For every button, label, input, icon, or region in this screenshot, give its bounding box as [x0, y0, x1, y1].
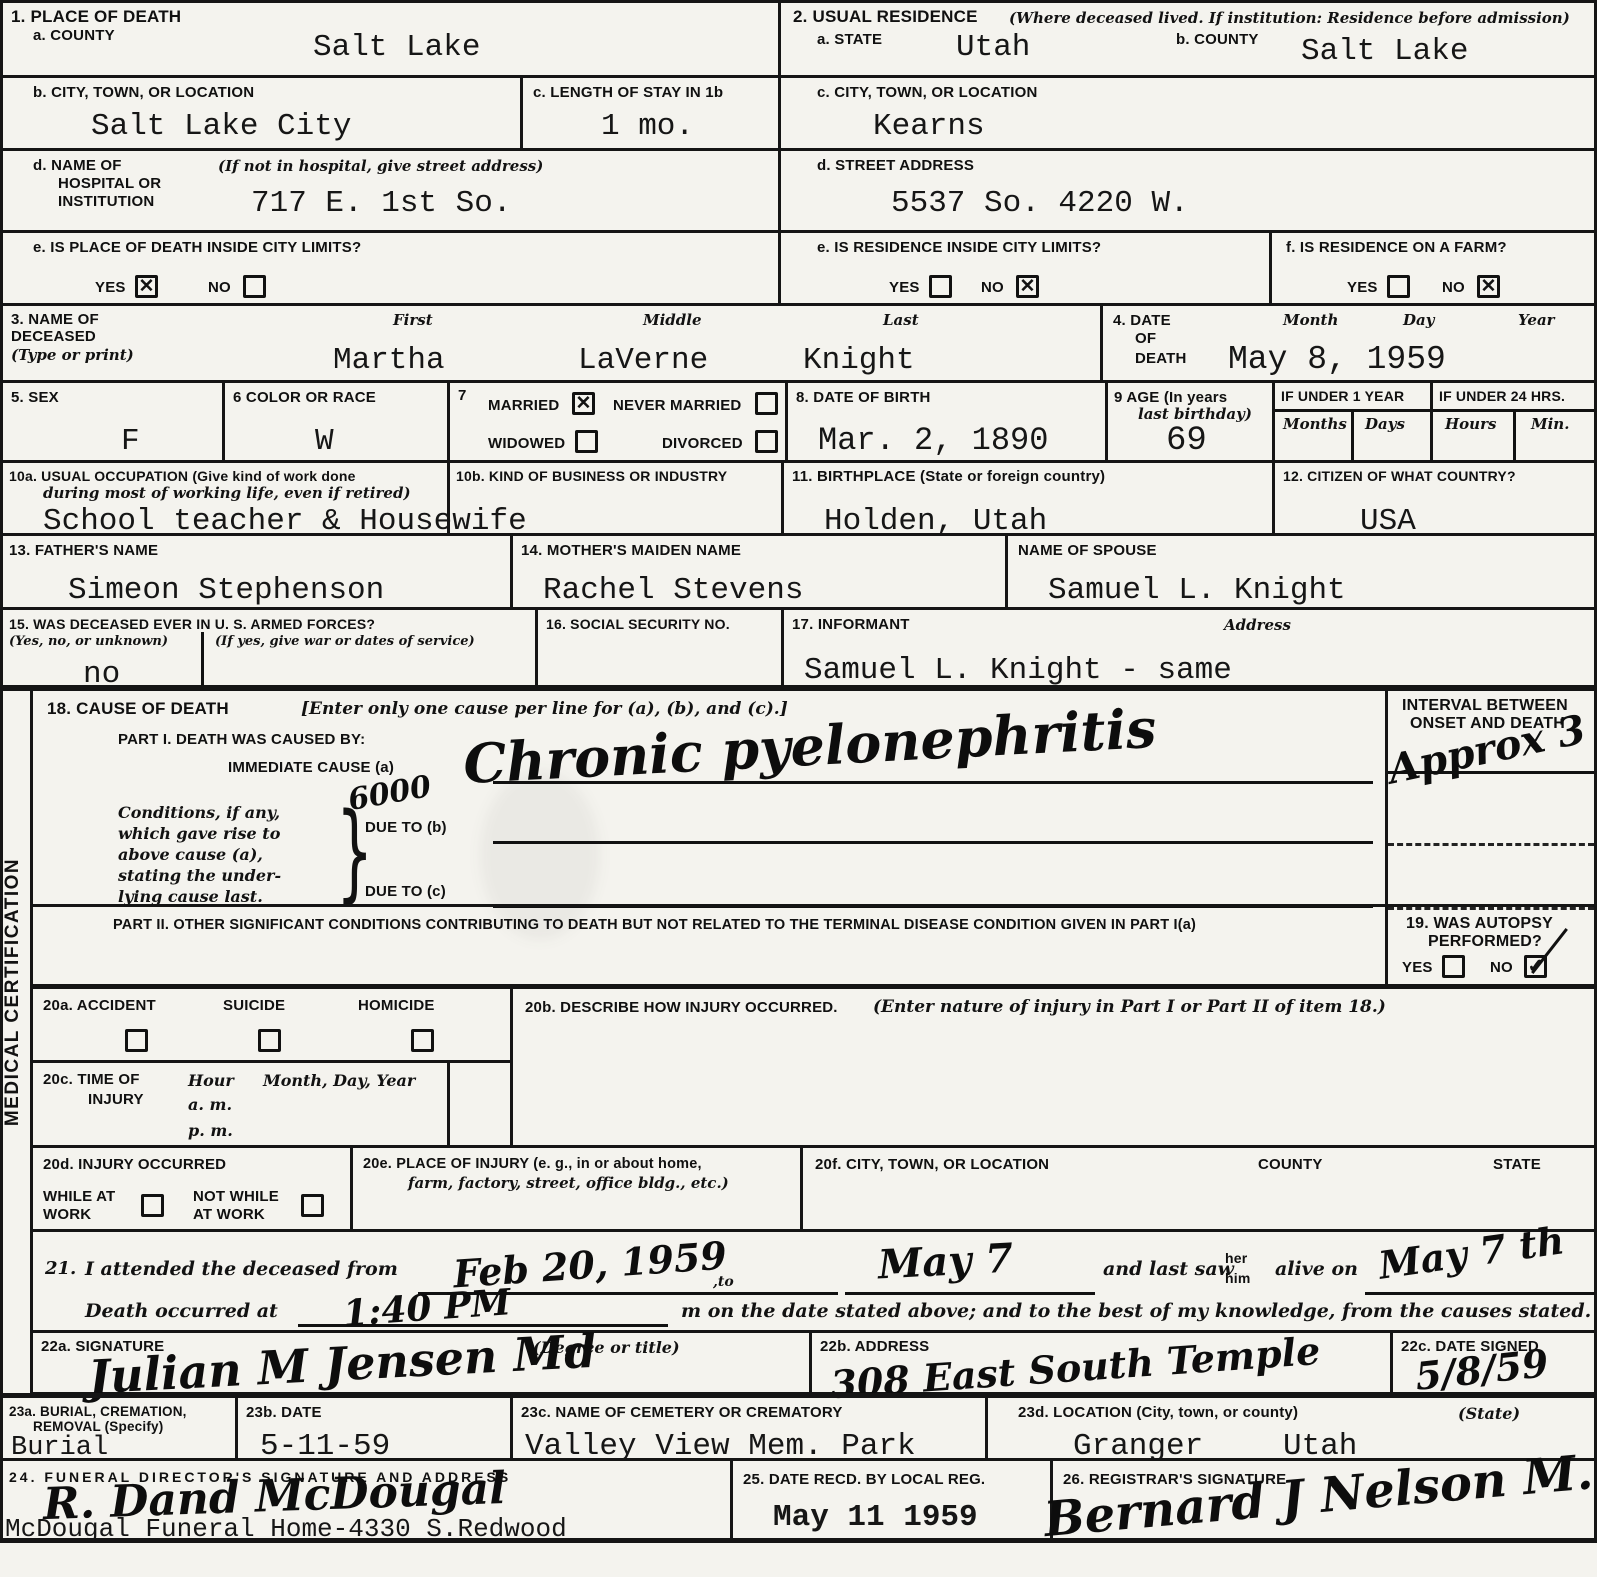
state-hint: (State): [1458, 1404, 1520, 1424]
field-cemetery-name: 23c. NAME OF CEMETERY OR CREMATORY Valle…: [510, 1393, 988, 1461]
him-label: him: [1225, 1270, 1251, 1286]
statement-text: alive on: [1275, 1258, 1358, 1281]
pm-label: p. m.: [188, 1121, 233, 1141]
field-value: Utah: [956, 31, 1030, 65]
field-label: 23d. LOCATION (City, town, or county): [1018, 1404, 1298, 1421]
field-length-of-stay: c. LENGTH OF STAY IN 1b 1 mo.: [520, 75, 781, 151]
conditions-note: stating the under-: [118, 866, 281, 886]
conditions-note: which gave rise to: [118, 824, 280, 844]
field-value: Mar. 2, 1890: [818, 423, 1048, 458]
yes-label: YES: [889, 279, 920, 296]
funeral-home-address: McDougal Funeral Home-4330 S.Redwood: [5, 1515, 567, 1544]
field-label: 11. BIRTHPLACE (State or foreign country…: [792, 468, 1105, 485]
checkbox-not-while-at-work: [301, 1194, 324, 1217]
field-interval-onset-death: INTERVAL BETWEEN ONSET AND DEATH Approx …: [1385, 685, 1597, 907]
field-number: 7: [458, 387, 467, 404]
field-res-city-limits: e. IS RESIDENCE INSIDE CITY LIMITS? YES …: [778, 230, 1272, 306]
field-label: 23c. NAME OF CEMETERY OR CREMATORY: [521, 1404, 843, 1421]
field-label: DECEASED: [11, 328, 96, 345]
checkbox-yes: [929, 275, 952, 298]
field-label: b. COUNTY: [1176, 31, 1259, 48]
col-header-months: Months: [1283, 415, 1347, 434]
medical-certification-label: MEDICAL CERTIFICATION: [2, 842, 24, 1142]
checkbox-never-married: [755, 392, 778, 415]
yes-label: YES: [1347, 279, 1378, 296]
col-header-last: Last: [883, 311, 919, 330]
col-header-year: Year: [1518, 311, 1555, 330]
am-label: a. m.: [188, 1095, 232, 1115]
her-label: her: [1225, 1250, 1247, 1266]
conditions-note: Conditions, if any,: [118, 803, 280, 823]
not-while-label: NOT WHILE: [193, 1188, 279, 1205]
field-label: DEATH: [1135, 350, 1187, 367]
blank-line: [845, 1292, 1095, 1295]
interval-line-b: [1388, 843, 1594, 846]
field-label: 3. NAME OF: [11, 311, 99, 328]
column-divider: [1513, 409, 1516, 463]
field-hospital: d. NAME OF HOSPITAL OR INSTITUTION (If n…: [0, 148, 781, 233]
field-value: Salt Lake: [1301, 35, 1468, 69]
checkbox-yes: [1442, 955, 1465, 978]
field-value: Samuel L. Knight: [1048, 574, 1346, 608]
field-armed-forces: 15. WAS DECEASED EVER IN U. S. ARMED FOR…: [0, 607, 538, 688]
field-value: Salt Lake: [313, 31, 480, 65]
field-label: d. NAME OF: [33, 157, 122, 174]
checkbox-no: ✕: [1016, 275, 1039, 298]
field-value: Simeon Stephenson: [68, 574, 384, 608]
field-autopsy: 19. WAS AUTOPSY PERFORMED? YES NO ✓: [1385, 904, 1597, 987]
field-attended-statement: 21. I attended the deceased from Feb 20,…: [30, 1229, 1597, 1333]
field-label: 10a. USUAL OCCUPATION (Give kind of work…: [9, 468, 356, 484]
field-value: 69: [1166, 423, 1207, 460]
not-while-label: AT WORK: [193, 1206, 265, 1223]
field-label: last birthday): [1138, 405, 1252, 424]
field-sex: 5. SEX F: [0, 380, 225, 463]
field-label: 13. FATHER'S NAME: [9, 542, 158, 559]
field-birthplace: 11. BIRTHPLACE (State or foreign country…: [781, 460, 1275, 536]
field-label: 22b. ADDRESS: [820, 1338, 929, 1355]
widowed-label: WIDOWED: [488, 435, 565, 452]
state-header: STATE: [1493, 1156, 1541, 1173]
statement-text: I attended the deceased from: [85, 1258, 398, 1281]
checkbox-accident: [125, 1029, 148, 1052]
col-header-middle: Middle: [643, 311, 702, 330]
field-burial-type: 23a. BURIAL, CREMATION, REMOVAL (Specify…: [0, 1393, 238, 1461]
field-ssn: 16. SOCIAL SECURITY NO.: [535, 607, 784, 688]
value-middle-name: LaVerne: [578, 344, 708, 378]
field-label: IF UNDER 24 HRS.: [1439, 388, 1565, 404]
field-label: NAME OF SPOUSE: [1018, 542, 1157, 559]
mdy-header: Month, Day, Year: [263, 1071, 415, 1091]
field-label: f. IS RESIDENCE ON A FARM?: [1286, 239, 1507, 256]
field-pod-city: b. CITY, TOWN, OR LOCATION Salt Lake Cit…: [0, 75, 523, 151]
field-label: HOSPITAL OR: [58, 175, 161, 192]
field-value: Salt Lake City: [91, 110, 351, 144]
field-injury-city: 20f. CITY, TOWN, OR LOCATION COUNTY STAT…: [800, 1145, 1597, 1232]
field-label: 20e. PLACE OF INJURY (e. g., in or about…: [363, 1156, 702, 1173]
field-value: Rachel Stevens: [543, 574, 803, 608]
checkbox-while-at-work: [141, 1194, 164, 1217]
hour-header: Hour: [188, 1071, 234, 1091]
part2-label: PART II. OTHER SIGNIFICANT CONDITIONS CO…: [113, 917, 1196, 934]
field-value: 717 E. 1st So.: [251, 187, 511, 221]
checkbox-homicide: [411, 1029, 434, 1052]
field-label: 20b. DESCRIBE HOW INJURY OCCURRED.: [525, 999, 838, 1016]
checkbox-no: [243, 275, 266, 298]
field-label: e. IS PLACE OF DEATH INSIDE CITY LIMITS?: [33, 239, 361, 256]
field-label: 6 COLOR OR RACE: [233, 389, 376, 406]
no-label: NO: [1442, 279, 1465, 296]
medical-certification-strip: MEDICAL CERTIFICATION: [0, 685, 33, 1396]
field-hint: (Type or print): [11, 346, 134, 365]
checkbox-yes: ✕: [135, 275, 158, 298]
divorced-label: DIVORCED: [662, 435, 743, 452]
statement-text: and last saw: [1103, 1258, 1234, 1281]
field-label: 8. DATE OF BIRTH: [796, 389, 931, 406]
married-label: MARRIED: [488, 397, 559, 414]
field-value: W: [315, 425, 334, 459]
col-header-first: First: [393, 311, 433, 330]
handwritten-date-signed: 5/8/59: [1413, 1344, 1550, 1396]
no-label: NO: [208, 279, 231, 296]
accident-label: 20a. ACCIDENT: [43, 997, 156, 1014]
while-at-work-label: WORK: [43, 1206, 91, 1223]
field-age: 9 AGE (In years last birthday) 69: [1105, 380, 1275, 463]
field-label: a. COUNTY: [33, 27, 115, 44]
value-last-name: Knight: [803, 344, 915, 378]
field-value: F: [121, 425, 140, 459]
field-label: e. IS RESIDENCE INSIDE CITY LIMITS?: [817, 239, 1101, 256]
no-label: NO: [981, 279, 1004, 296]
field-if-under-24-hrs: IF UNDER 24 HRS. Hours Min.: [1430, 380, 1597, 463]
field-label: 12. CITIZEN OF WHAT COUNTRY?: [1283, 468, 1516, 484]
statement-text: ,to: [713, 1274, 734, 1292]
field-label: c. LENGTH OF STAY IN 1b: [533, 84, 723, 101]
field-label: during most of working life, even if ret…: [43, 484, 411, 503]
checkbox-widowed: [575, 430, 598, 453]
field-hint: (Yes, no, or unknown): [9, 634, 168, 650]
field-label: 15. WAS DECEASED EVER IN U. S. ARMED FOR…: [9, 616, 375, 632]
field-label: c. CITY, TOWN, OR LOCATION: [817, 84, 1037, 101]
never-married-label: NEVER MARRIED: [613, 397, 741, 414]
field-burial-date: 23b. DATE 5-11-59: [235, 1393, 513, 1461]
checkbox-divorced: [755, 430, 778, 453]
field-if-under-1-year: IF UNDER 1 YEAR Months Days: [1272, 380, 1433, 463]
field-hint: (If not in hospital, give street address…: [218, 157, 543, 176]
field-date-of-death: 4. DATE OF DEATH Month Day Year May 8, 1…: [1100, 303, 1597, 383]
field-father-name: 13. FATHER'S NAME Simeon Stephenson: [0, 533, 513, 610]
handwritten-last-seen: May 7 th: [1376, 1221, 1566, 1285]
field-place-of-death-county: 1. PLACE OF DEATH a. COUNTY Salt Lake: [0, 0, 781, 78]
statement-text: Death occurred at: [85, 1300, 278, 1323]
field-label: 20f. CITY, TOWN, OR LOCATION: [815, 1156, 1049, 1173]
field-label: 9 AGE (In years: [1114, 389, 1227, 406]
field-place-of-injury: 20e. PLACE OF INJURY (e. g., in or about…: [350, 1145, 803, 1232]
field-label: 16. SOCIAL SECURITY NO.: [546, 616, 730, 632]
field-value: May 11 1959: [773, 1501, 978, 1535]
field-part2-conditions: PART II. OTHER SIGNIFICANT CONDITIONS CO…: [30, 904, 1388, 987]
field-label: 19. WAS AUTOPSY: [1406, 915, 1553, 933]
field-label: PERFORMED?: [1428, 933, 1542, 951]
suicide-label: SUICIDE: [223, 997, 285, 1014]
field-value: Samuel L. Knight - same: [804, 654, 1232, 688]
county-header: COUNTY: [1258, 1156, 1323, 1173]
statement-text: m on the date stated above; and to the b…: [681, 1300, 1591, 1323]
section-title: 1. PLACE OF DEATH: [11, 7, 181, 27]
cause-b-line: [493, 841, 1373, 844]
field-time-of-injury: 20c. TIME OF INJURY Hour Month, Day, Yea…: [30, 1060, 450, 1148]
field-label: 20c. TIME OF: [43, 1071, 140, 1088]
field-label: 5. SEX: [11, 389, 59, 406]
field-label: farm, factory, street, office bldg., etc…: [408, 1174, 729, 1193]
field-mother-maiden-name: 14. MOTHER'S MAIDEN NAME Rachel Stevens: [510, 533, 1008, 610]
handwritten-date-to: May 7: [877, 1238, 1014, 1285]
checkbox-yes: [1387, 275, 1410, 298]
field-marital-status: 7 MARRIED ✕ NEVER MARRIED WIDOWED DIVORC…: [447, 380, 788, 463]
field-hint: (If yes, give war or dates of service): [215, 634, 475, 650]
field-label: 20d. INJURY OCCURRED: [43, 1156, 226, 1173]
immediate-cause-label: IMMEDIATE CAUSE (a): [228, 759, 394, 776]
yes-label: YES: [1402, 959, 1433, 976]
death-certificate: 1. PLACE OF DEATH a. COUNTY Salt Lake 2.…: [0, 0, 1597, 1577]
field-label: 18. CAUSE OF DEATH: [47, 699, 229, 719]
part1-label: PART I. DEATH WAS CAUSED BY:: [118, 731, 365, 748]
blank-line: [1365, 1292, 1595, 1295]
while-at-work-label: WHILE AT: [43, 1188, 115, 1205]
item-number: 21.: [45, 1258, 76, 1280]
field-date-of-birth: 8. DATE OF BIRTH Mar. 2, 1890: [785, 380, 1108, 463]
field-date-signed: 22c. DATE SIGNED 5/8/59: [1390, 1330, 1597, 1395]
field-label: INJURY: [88, 1091, 144, 1108]
handwritten-death-time: 1:40 PM: [342, 1284, 512, 1332]
no-label: NO: [1490, 959, 1513, 976]
field-street-address: d. STREET ADDRESS 5537 So. 4220 W.: [778, 148, 1597, 233]
conditions-note: above cause (a),: [118, 845, 263, 865]
field-informant: 17. INFORMANT Address Samuel L. Knight -…: [781, 607, 1597, 688]
field-accident-suicide-homicide: 20a. ACCIDENT SUICIDE HOMICIDE: [30, 984, 513, 1063]
col-header-month: Month: [1283, 311, 1338, 330]
field-label: 14. MOTHER'S MAIDEN NAME: [521, 542, 741, 559]
field-citizen-of: 12. CITIZEN OF WHAT COUNTRY? USA: [1272, 460, 1597, 536]
handwritten-signature: Bernard J Nelson M. D.: [1042, 1442, 1597, 1544]
field-funeral-director: 24. FUNERAL DIRECTOR'S SIGNATURE AND ADD…: [0, 1458, 733, 1543]
address-header: Address: [1224, 616, 1291, 635]
col-header-hours: Hours: [1445, 415, 1496, 434]
checkbox-married: ✕: [572, 392, 595, 415]
field-label: 23a. BURIAL, CREMATION,: [9, 1404, 187, 1420]
field-label: 17. INFORMANT: [792, 616, 910, 633]
field-kind-of-business: 10b. KIND OF BUSINESS OR INDUSTRY: [447, 460, 784, 536]
field-label: 23b. DATE: [246, 1404, 322, 1421]
due-to-c-label: DUE TO (c): [365, 883, 446, 900]
section-title: 2. USUAL RESIDENCE: [793, 7, 978, 27]
field-value: 1 mo.: [601, 110, 694, 144]
field-label: a. STATE: [817, 31, 882, 48]
field-registrar-signature: 26. REGISTRAR'S SIGNATURE Bernard J Nels…: [1050, 1458, 1597, 1543]
field-label: 10b. KIND OF BUSINESS OR INDUSTRY: [456, 468, 727, 484]
field-value: 5537 So. 4220 W.: [891, 187, 1189, 221]
field-residence-city: c. CITY, TOWN, OR LOCATION Kearns: [778, 75, 1597, 151]
field-physician-signature: 22a. SIGNATURE (Degree or title) Julian …: [30, 1330, 812, 1395]
field-usual-residence: 2. USUAL RESIDENCE (Where deceased lived…: [778, 0, 1597, 78]
field-label: 4. DATE: [1113, 312, 1171, 329]
yes-label: YES: [95, 279, 126, 296]
field-color-race: 6 COLOR OR RACE W: [222, 380, 450, 463]
field-date-received: 25. DATE RECD. BY LOCAL REG. May 11 1959: [730, 1458, 1053, 1543]
field-spouse-name: NAME OF SPOUSE Samuel L. Knight: [1005, 533, 1597, 610]
value-first-name: Martha: [333, 344, 445, 378]
col-header-min: Min.: [1531, 415, 1569, 434]
field-cause-of-death: 18. CAUSE OF DEATH [Enter only one cause…: [30, 685, 1388, 907]
field-res-farm: f. IS RESIDENCE ON A FARM? YES NO ✕: [1269, 230, 1597, 306]
field-label: d. STREET ADDRESS: [817, 157, 974, 174]
field-pod-city-limits: e. IS PLACE OF DEATH INSIDE CITY LIMITS?…: [0, 230, 781, 306]
col-header-day: Day: [1403, 311, 1434, 330]
col-header-days: Days: [1365, 415, 1405, 434]
field-usual-occupation: 10a. USUAL OCCUPATION (Give kind of work…: [0, 460, 450, 536]
due-to-b-label: DUE TO (b): [365, 819, 447, 836]
field-label: 25. DATE RECD. BY LOCAL REG.: [743, 1471, 985, 1488]
field-hint: [Enter only one cause per line for (a), …: [301, 699, 788, 719]
checkbox-suicide: [258, 1029, 281, 1052]
homicide-label: HOMICIDE: [358, 997, 435, 1014]
checkbox-no: ✕: [1477, 275, 1500, 298]
field-name-of-deceased: 3. NAME OF DECEASED (Type or print) Firs…: [0, 303, 1103, 383]
field-label: b. CITY, TOWN, OR LOCATION: [33, 84, 254, 101]
field-label: INSTITUTION: [58, 193, 154, 210]
field-injury-occurred: 20d. INJURY OCCURRED WHILE AT WORK NOT W…: [30, 1145, 353, 1232]
field-label: OF: [1135, 330, 1156, 347]
field-physician-address: 22b. ADDRESS 308 East South Temple: [809, 1330, 1393, 1395]
field-value: May 8, 1959: [1228, 342, 1446, 378]
inner-divider: [201, 632, 204, 688]
field-value: Kearns: [873, 110, 985, 144]
column-divider: [1351, 409, 1354, 463]
field-hint: (Enter nature of injury in Part I or Par…: [873, 997, 1386, 1017]
field-label: IF UNDER 1 YEAR: [1281, 388, 1404, 404]
section-hint: (Where deceased lived. If institution: R…: [1009, 9, 1570, 28]
field-describe-injury: 20b. DESCRIBE HOW INJURY OCCURRED. (Ente…: [510, 984, 1597, 1148]
